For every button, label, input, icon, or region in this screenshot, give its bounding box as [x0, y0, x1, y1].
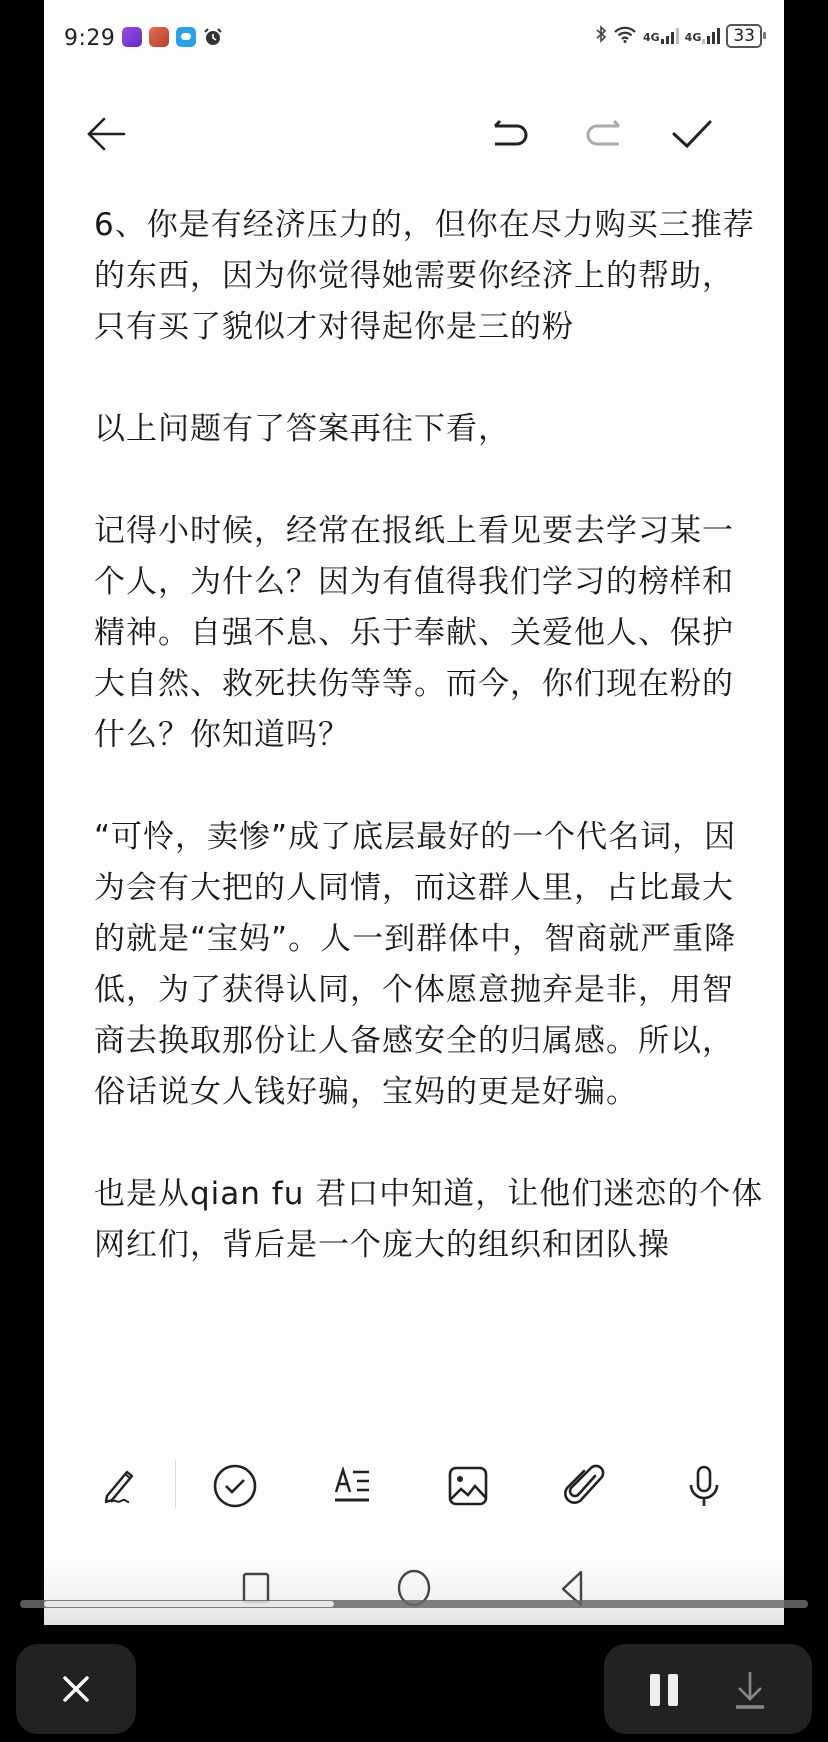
recorder-controls	[604, 1644, 812, 1734]
voice-button[interactable]	[680, 1462, 728, 1510]
redo-button[interactable]	[579, 110, 627, 158]
editor-toolbar	[44, 98, 784, 168]
handwriting-icon	[99, 1464, 143, 1508]
system-nav-bar	[44, 1558, 784, 1625]
signal-2: 4G	[685, 28, 721, 44]
status-bar: 9:29 4G 4G 33	[44, 0, 784, 80]
app-purple-icon	[122, 27, 142, 47]
insert-image-button[interactable]	[444, 1462, 492, 1510]
system-icons: 4G 4G 33	[595, 24, 762, 48]
close-icon	[59, 1672, 93, 1706]
network-type-1: 4G	[643, 31, 660, 44]
note-paragraph: 记得小时候，经常在报纸上看见要去学习某一个人，为什么？因为有值得我们学习的榜样和…	[94, 506, 764, 761]
phone-screen: 9:29 4G 4G 33	[44, 0, 784, 1625]
note-paragraph: 6、你是有经济压力的，但你在尽力购买三推荐的东西，因为你觉得她需要你经济上的帮助…	[94, 200, 764, 353]
undo-icon	[489, 118, 533, 150]
notification-icons	[122, 27, 223, 47]
undo-button[interactable]	[487, 110, 535, 158]
attachment-icon	[562, 1462, 610, 1510]
checkmark-icon	[670, 117, 714, 151]
arrow-left-icon	[84, 114, 128, 154]
status-time: 9:29	[64, 26, 115, 51]
handwriting-button[interactable]	[97, 1462, 145, 1510]
scrubber-segment	[44, 1601, 192, 1607]
text-format-icon	[329, 1462, 377, 1510]
close-button[interactable]	[16, 1644, 136, 1734]
checklist-button[interactable]	[211, 1462, 259, 1510]
signal-bars-icon	[661, 28, 679, 44]
download-icon	[730, 1668, 770, 1712]
microphone-icon	[680, 1462, 728, 1510]
scrubber-segment	[180, 1601, 334, 1607]
checklist-icon	[211, 1462, 259, 1510]
redo-icon	[581, 118, 625, 150]
bluetooth-icon	[595, 25, 607, 47]
note-paragraph: “可怜，卖惨”成了底层最好的一个代名词，因为会有大把的人同情，而这群人里，占比最…	[94, 812, 764, 1118]
pause-icon	[648, 1672, 682, 1708]
note-paragraph: 以上问题有了答案再往下看，	[94, 404, 764, 455]
download-button[interactable]	[730, 1668, 770, 1712]
note-body[interactable]: 6、你是有经济压力的，但你在尽力购买三推荐的东西，因为你觉得她需要你经济上的帮助…	[94, 200, 764, 1322]
text-format-button[interactable]	[329, 1462, 377, 1510]
done-button[interactable]	[668, 110, 716, 158]
pause-button[interactable]	[648, 1672, 682, 1708]
battery-indicator: 33	[726, 24, 762, 48]
messages-icon	[176, 27, 196, 47]
back-button[interactable]	[82, 110, 130, 158]
app-red-icon	[149, 27, 169, 47]
network-type-2: 4G	[685, 31, 702, 44]
signal-1: 4G	[643, 28, 679, 44]
playback-scrubber[interactable]	[20, 1600, 808, 1608]
signal-bars-icon	[702, 28, 720, 44]
toolbar-divider	[175, 1460, 176, 1508]
note-paragraph: 也是从qian fu 君口中知道，让他们迷恋的个体网红们，背后是一个庞大的组织和…	[94, 1169, 764, 1271]
wifi-icon	[613, 25, 637, 47]
alarm-icon	[203, 27, 223, 47]
attachment-button[interactable]	[562, 1462, 610, 1510]
bottom-tools-bar	[44, 1448, 784, 1524]
image-icon	[444, 1462, 492, 1510]
